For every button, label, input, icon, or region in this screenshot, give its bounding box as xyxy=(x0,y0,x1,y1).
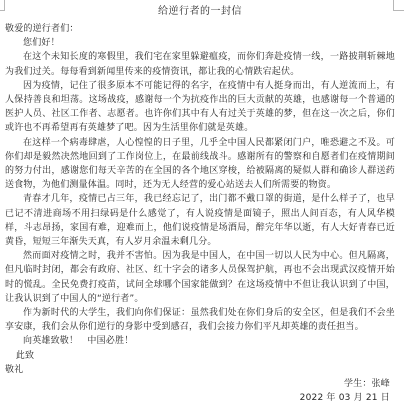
letter-paragraph-3: 在这样一个病毒肆虐，人心惶惶的日子里，几乎全中国人民都紧闭门户，唯恐避之不及。可… xyxy=(5,136,395,193)
letter-title: 给逆行者的一封信 xyxy=(5,4,395,19)
letter-content: 给逆行者的一封信 敬爱的逆行者们： 您们好！ 在这个未知长度的寒假里，我们宅在家… xyxy=(5,4,395,405)
letter-page: 给逆行者的一封信 敬爱的逆行者们： 您们好！ 在这个未知长度的寒假里，我们宅在家… xyxy=(0,0,404,411)
letter-paragraph-6: 作为新时代的大学生，我们向你们保证：虽然我们处在你们身后的安全区，但是我们不会坐… xyxy=(5,306,395,334)
letter-paragraph-2: 因为疫情，记住了很多原本不可能记得的名字，在疫情中有人挺身而出，有人逆流而上，有… xyxy=(5,79,395,136)
letter-paragraph-1: 在这个未知长度的寒假里，我们宅在家里躲避瘟疫，而你们奔赴疫情一线，一路披荆斩棘地… xyxy=(5,50,395,78)
closing-cizhi: 此致 xyxy=(5,349,395,363)
letter-greeting: 您们好！ xyxy=(5,36,395,50)
closing-jingli: 敬礼 xyxy=(5,363,395,377)
signature-date: 2022 年 03 月 21 日 xyxy=(5,391,395,405)
letter-paragraph-5: 然而面对疫情之时，我并不害怕。因为我是中国人，在中国一切以人民为中心。但凡隔离，… xyxy=(5,249,395,306)
letter-slogan: 向英雄致敬！ 中国必胜！ xyxy=(5,334,395,348)
letter-paragraph-4: 青春才几年，疫情已占三年，我已经忘记了，出门都不戴口罩的街道，是什么样子了，也早… xyxy=(5,192,395,249)
letter-salutation: 敬爱的逆行者们： xyxy=(5,22,395,36)
signature-student: 学生：张峰 xyxy=(5,377,395,391)
